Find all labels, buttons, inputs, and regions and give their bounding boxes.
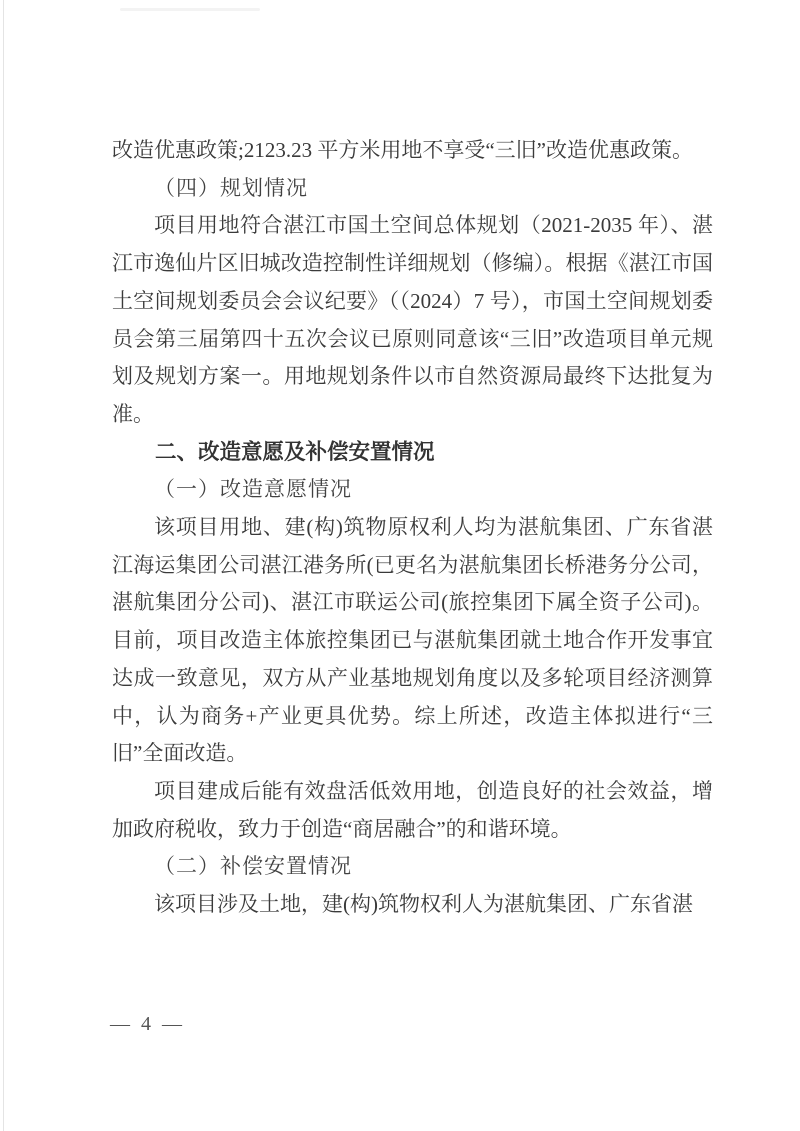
document-page: 改造优惠政策;2123.23 平方米用地不享受“三旧”改造优惠政策。 （四）规划… (0, 0, 800, 1131)
paragraph-policy-continued: 改造优惠政策;2123.23 平方米用地不享受“三旧”改造优惠政策。 (112, 132, 713, 170)
subheading-planning-situation: （四）规划情况 (112, 170, 713, 208)
document-body: 改造优惠政策;2123.23 平方米用地不享受“三旧”改造优惠政策。 （四）规划… (112, 132, 713, 924)
paragraph-project-benefits: 项目建成后能有效盘活低效用地，创造良好的社会效益，增加政府税收，致力于创造“商居… (112, 773, 713, 848)
subheading-compensation-arrangement: （二）补偿安置情况 (112, 848, 713, 886)
paragraph-planning-details: 项目用地符合湛江市国土空间总体规划（2021-2035 年）、湛江市逸仙片区旧城… (112, 207, 713, 433)
scan-artifact-left-edge (3, 0, 4, 1131)
scan-artifact-top-smudge (120, 8, 260, 11)
page-number: — 4 — (110, 1013, 185, 1036)
paragraph-rights-holders: 该项目用地、建(构)筑物原权利人均为湛航集团、广东省湛江海运集团公司湛江港务所(… (112, 509, 713, 773)
paragraph-compensation-rights-holders: 该项目涉及土地，建(构)筑物权利人为湛航集团、广东省湛 (112, 886, 713, 924)
section-heading-renovation-willingness: 二、改造意愿及补偿安置情况 (112, 434, 713, 472)
subheading-renovation-willingness: （一）改造意愿情况 (112, 471, 713, 509)
